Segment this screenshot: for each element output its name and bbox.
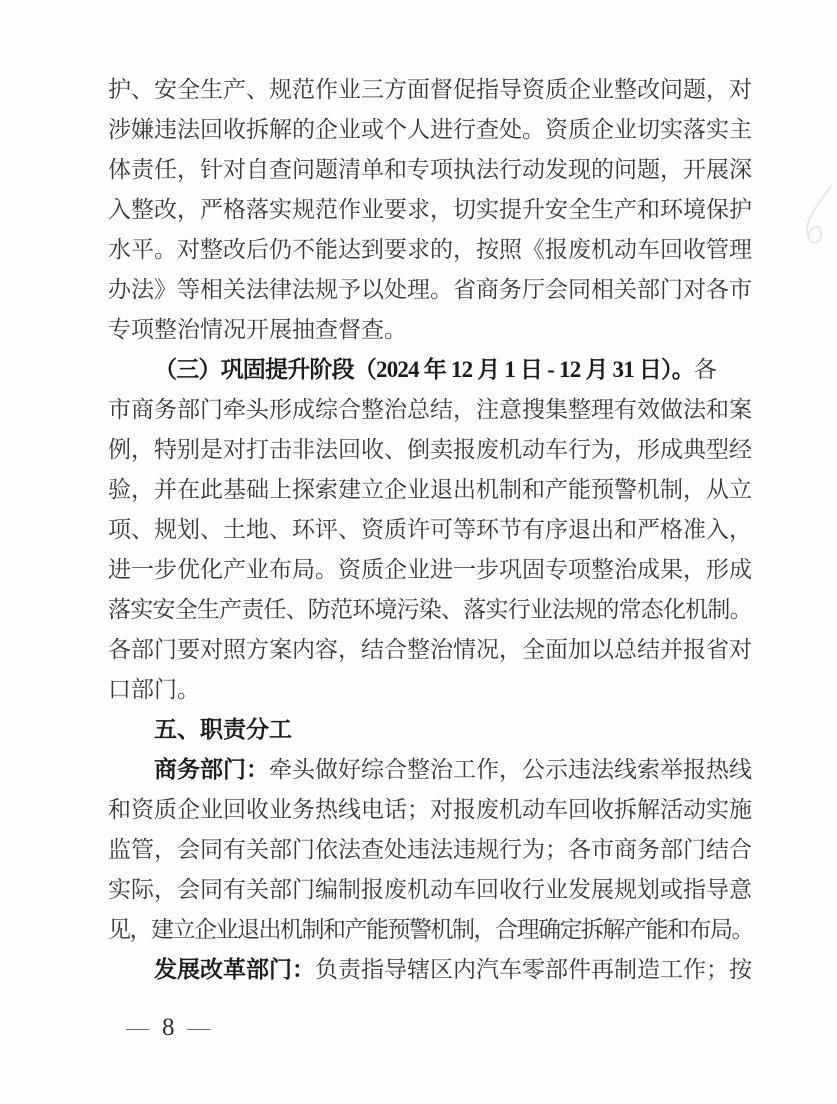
text-run: 实际，会同有关部门编制报废机动车回收行业发展规划或指导意 <box>108 877 752 902</box>
text-line: 专项整治情况开展抽查督查。 <box>108 310 760 350</box>
text-line-section-heading: （三）巩固提升阶段（2024 年 12 月 1 日 - 12 月 31 日）。各 <box>108 350 760 390</box>
text-run: 专项整治情况开展抽查督查。 <box>108 317 407 342</box>
text-run: 监管，会同有关部门依法查处违法违规行为；各市商务部门结合 <box>108 837 752 862</box>
bold-run: （三）巩固提升阶段（2024 年 12 月 1 日 - 12 月 31 日）。 <box>154 357 694 382</box>
text-run: 例，特别是对打击非法回收、倒卖报废机动车行为，形成典型经 <box>108 437 752 462</box>
text-run: 负责指导辖区内汽车零部件再制造工作；按 <box>315 957 752 982</box>
text-line: 监管，会同有关部门依法查处违法违规行为；各市商务部门结合 <box>108 830 760 870</box>
footer-left-dash: — <box>126 1016 149 1039</box>
text-line: 各部门要对照方案内容，结合整治情况，全面加以总结并报省对 <box>108 630 760 670</box>
text-run: 验，并在此基础上探索建立企业退出机制和产能预警机制，从立 <box>108 477 752 502</box>
text-run: 落实安全生产责任、防范环境污染、落实行业法规的常态化机制。 <box>108 597 752 622</box>
text-line: 验，并在此基础上探索建立企业退出机制和产能预警机制，从立 <box>108 470 760 510</box>
bold-run: 五、职责分工 <box>154 717 292 742</box>
text-run: 市商务部门牵头形成综合整治总结，注意搜集整理有效做法和案 <box>108 397 752 422</box>
text-line: 项、规划、土地、环评、资质许可等环节有序退出和严格准入， <box>108 510 760 550</box>
text-run: 见，建立企业退出机制和产能预警机制，合理确定拆解产能和布局。 <box>108 917 753 942</box>
text-line: 见，建立企业退出机制和产能预警机制，合理确定拆解产能和布局。 <box>108 910 760 950</box>
text-run: 护、安全生产、规范作业三方面督促指导资质企业整改问题，对 <box>108 77 752 102</box>
scanned-document-page: 护、安全生产、规范作业三方面督促指导资质企业整改问题，对 涉嫌违法回收拆解的企业… <box>0 0 837 1104</box>
text-line-chapter-heading: 五、职责分工 <box>108 710 760 750</box>
text-line: 发展改革部门：负责指导辖区内汽车零部件再制造工作；按 <box>108 950 760 990</box>
text-run: 项、规划、土地、环评、资质许可等环节有序退出和严格准入， <box>108 517 752 542</box>
text-run: 办法》等相关法律法规予以处理。省商务厅会同相关部门对各市 <box>108 277 752 302</box>
text-line: 实际，会同有关部门编制报废机动车回收行业发展规划或指导意 <box>108 870 760 910</box>
text-line: 办法》等相关法律法规予以处理。省商务厅会同相关部门对各市 <box>108 270 760 310</box>
document-body: 护、安全生产、规范作业三方面督促指导资质企业整改问题，对 涉嫌违法回收拆解的企业… <box>108 70 760 990</box>
text-run: 各 <box>694 357 716 382</box>
text-run: 体责任，针对自查问题清单和专项执法行动发现的问题，开展深 <box>108 157 752 182</box>
footer-right-dash: — <box>188 1016 211 1039</box>
text-run: 水平。对整改后仍不能达到要求的，按照《报废机动车回收管理 <box>108 237 752 262</box>
page-number-footer: — 8 — <box>126 1008 211 1048</box>
text-run: 进一步优化产业布局。资质企业进一步巩固专项整治成果，形成 <box>108 557 752 582</box>
text-line: 入整改，严格落实规范作业要求，切实提升安全生产和环境保护 <box>108 190 760 230</box>
text-run: 和资质企业回收业务热线电话；对报废机动车回收拆解活动实施 <box>108 797 752 822</box>
text-line: 和资质企业回收业务热线电话；对报废机动车回收拆解活动实施 <box>108 790 760 830</box>
text-line: 市商务部门牵头形成综合整治总结，注意搜集整理有效做法和案 <box>108 390 760 430</box>
text-line: 落实安全生产责任、防范环境污染、落实行业法规的常态化机制。 <box>108 590 760 630</box>
text-line: 商务部门：牵头做好综合整治工作，公示违法线索举报热线 <box>108 750 760 790</box>
bold-run: 商务部门： <box>154 757 269 782</box>
text-run: 入整改，严格落实规范作业要求，切实提升安全生产和环境保护 <box>108 197 752 222</box>
text-line: 例，特别是对打击非法回收、倒卖报废机动车行为，形成典型经 <box>108 430 760 470</box>
bold-run: 发展改革部门： <box>154 957 315 982</box>
text-run: 涉嫌违法回收拆解的企业或个人进行查处。资质企业切实落实主 <box>108 117 752 142</box>
text-line: 体责任，针对自查问题清单和专项执法行动发现的问题，开展深 <box>108 150 760 190</box>
text-run: 牵头做好综合整治工作，公示违法线索举报热线 <box>269 757 752 782</box>
text-line: 涉嫌违法回收拆解的企业或个人进行查处。资质企业切实落实主 <box>108 110 760 150</box>
text-run: 各部门要对照方案内容，结合整治情况，全面加以总结并报省对 <box>108 637 752 662</box>
text-line: 水平。对整改后仍不能达到要求的，按照《报废机动车回收管理 <box>108 230 760 270</box>
text-run: 口部门。 <box>108 677 200 702</box>
paper-crease-artifact <box>791 178 833 278</box>
text-line: 护、安全生产、规范作业三方面督促指导资质企业整改问题，对 <box>108 70 760 110</box>
page-number: 8 <box>162 1014 175 1042</box>
text-line: 进一步优化产业布局。资质企业进一步巩固专项整治成果，形成 <box>108 550 760 590</box>
text-line: 口部门。 <box>108 670 760 710</box>
